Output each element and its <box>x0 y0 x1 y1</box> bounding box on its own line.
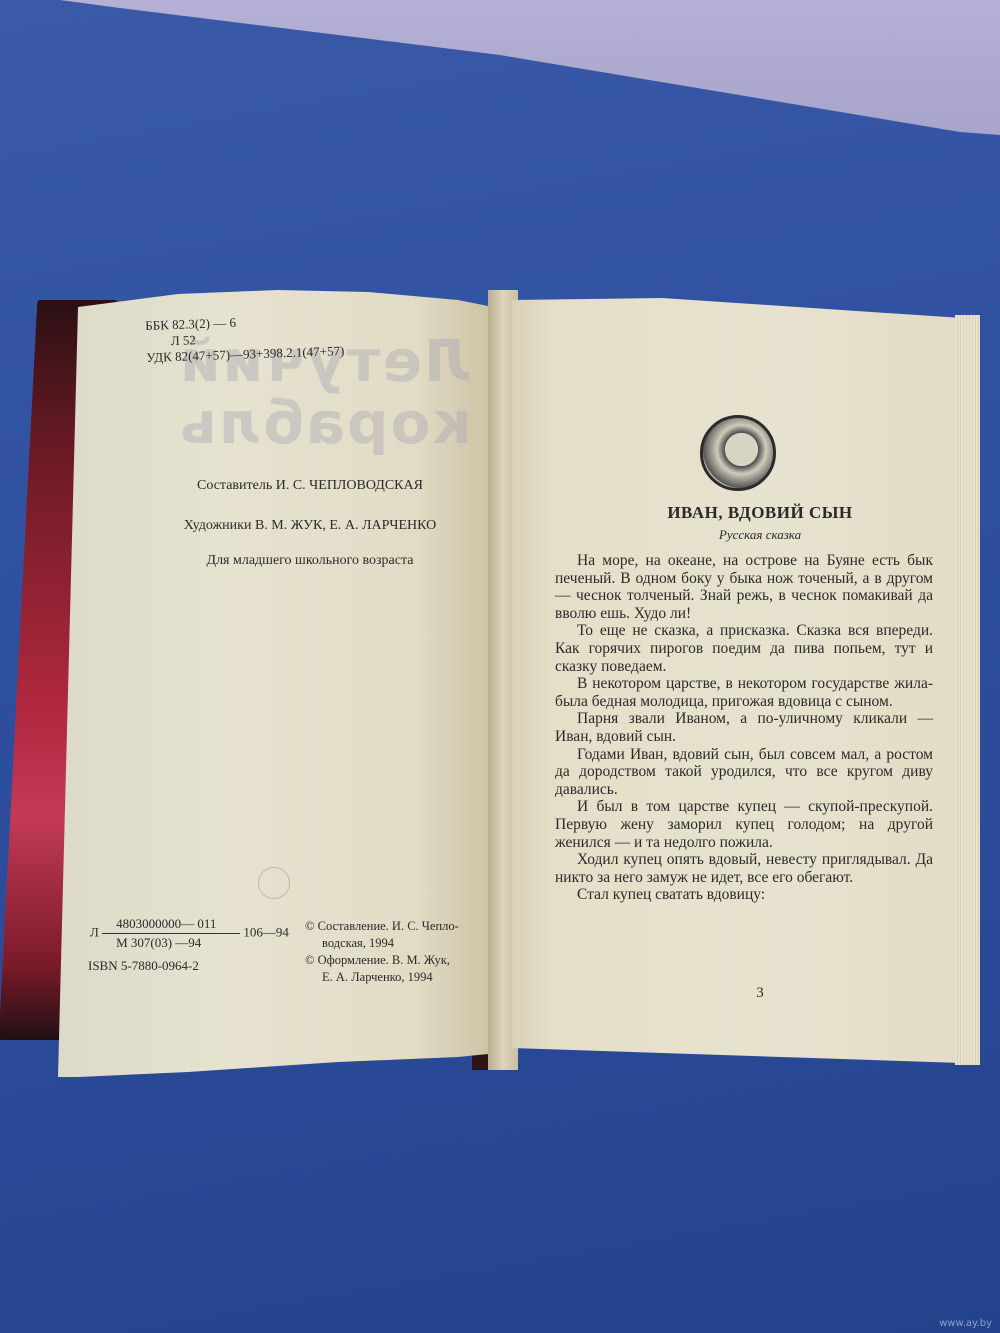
open-book: Летучий корабль ББК 82.3(2) — 6 Л 52 УДК… <box>0 0 1000 1333</box>
story-paragraph: В некотором царстве, в некотором государ… <box>555 675 933 710</box>
audience-note: Для младшего школьного возраста <box>140 553 480 569</box>
story-text: На море, на океане, на острове на Буяне … <box>555 552 933 904</box>
story-paragraph: На море, на океане, на острове на Буяне … <box>555 552 933 622</box>
imprint-numerator: 4803000000— 011 <box>102 915 240 934</box>
imprint-denominator: М 307(03) —94 <box>102 934 240 952</box>
copyright-line: Е. А. Ларченко, 1994 <box>305 969 459 986</box>
publisher-logo-icon <box>258 867 290 899</box>
story-paragraph: Годами Иван, вдовий сын, был совсем мал,… <box>555 746 933 799</box>
copyright-line: водская, 1994 <box>305 935 459 952</box>
compiler-credit: Составитель И. С. ЧЕПЛОВОДСКАЯ <box>140 478 480 494</box>
classification-codes: ББК 82.3(2) — 6 Л 52 УДК 82(47+57)—93+39… <box>145 311 345 366</box>
story-paragraph: То еще не сказка, а присказка. Сказка вс… <box>555 622 933 675</box>
story-title: ИВАН, ВДОВИЙ СЫН <box>560 503 960 523</box>
watermark: www.ay.by <box>939 1318 992 1329</box>
story-subtitle: Русская сказка <box>560 527 960 543</box>
copyright-block: © Составление. И. С. Чепло- водская, 199… <box>305 918 459 986</box>
story-paragraph: Ходил купец опять вдовый, невесту пригля… <box>555 851 933 886</box>
imprint-formula: Л 4803000000— 011 М 307(03) —94 106—94 <box>90 915 289 952</box>
portrait-medallion-icon <box>700 415 776 491</box>
page-stack-edges <box>955 315 980 1065</box>
page-number: 3 <box>560 985 960 1002</box>
story-paragraph: Парня звали Иваном, а по-уличному кликал… <box>555 710 933 745</box>
imprint-letter: Л <box>90 924 99 939</box>
imprint-fraction: 4803000000— 011 М 307(03) —94 <box>102 915 240 952</box>
ghost-line-2: корабль <box>160 392 490 454</box>
copyright-line: © Составление. И. С. Чепло- <box>305 918 459 935</box>
copyright-line: © Оформление. В. М. Жук, <box>305 952 459 969</box>
isbn: ISBN 5-7880-0964-2 <box>88 958 199 974</box>
story-paragraph: И был в том царстве купец — скупой-преск… <box>555 798 933 851</box>
story-paragraph: Стал купец сватать вдовицу: <box>555 886 933 904</box>
illustrators-credit: Художники В. М. ЖУК, Е. А. ЛАРЧЕНКО <box>140 518 480 534</box>
imprint-suffix: 106—94 <box>243 924 289 939</box>
